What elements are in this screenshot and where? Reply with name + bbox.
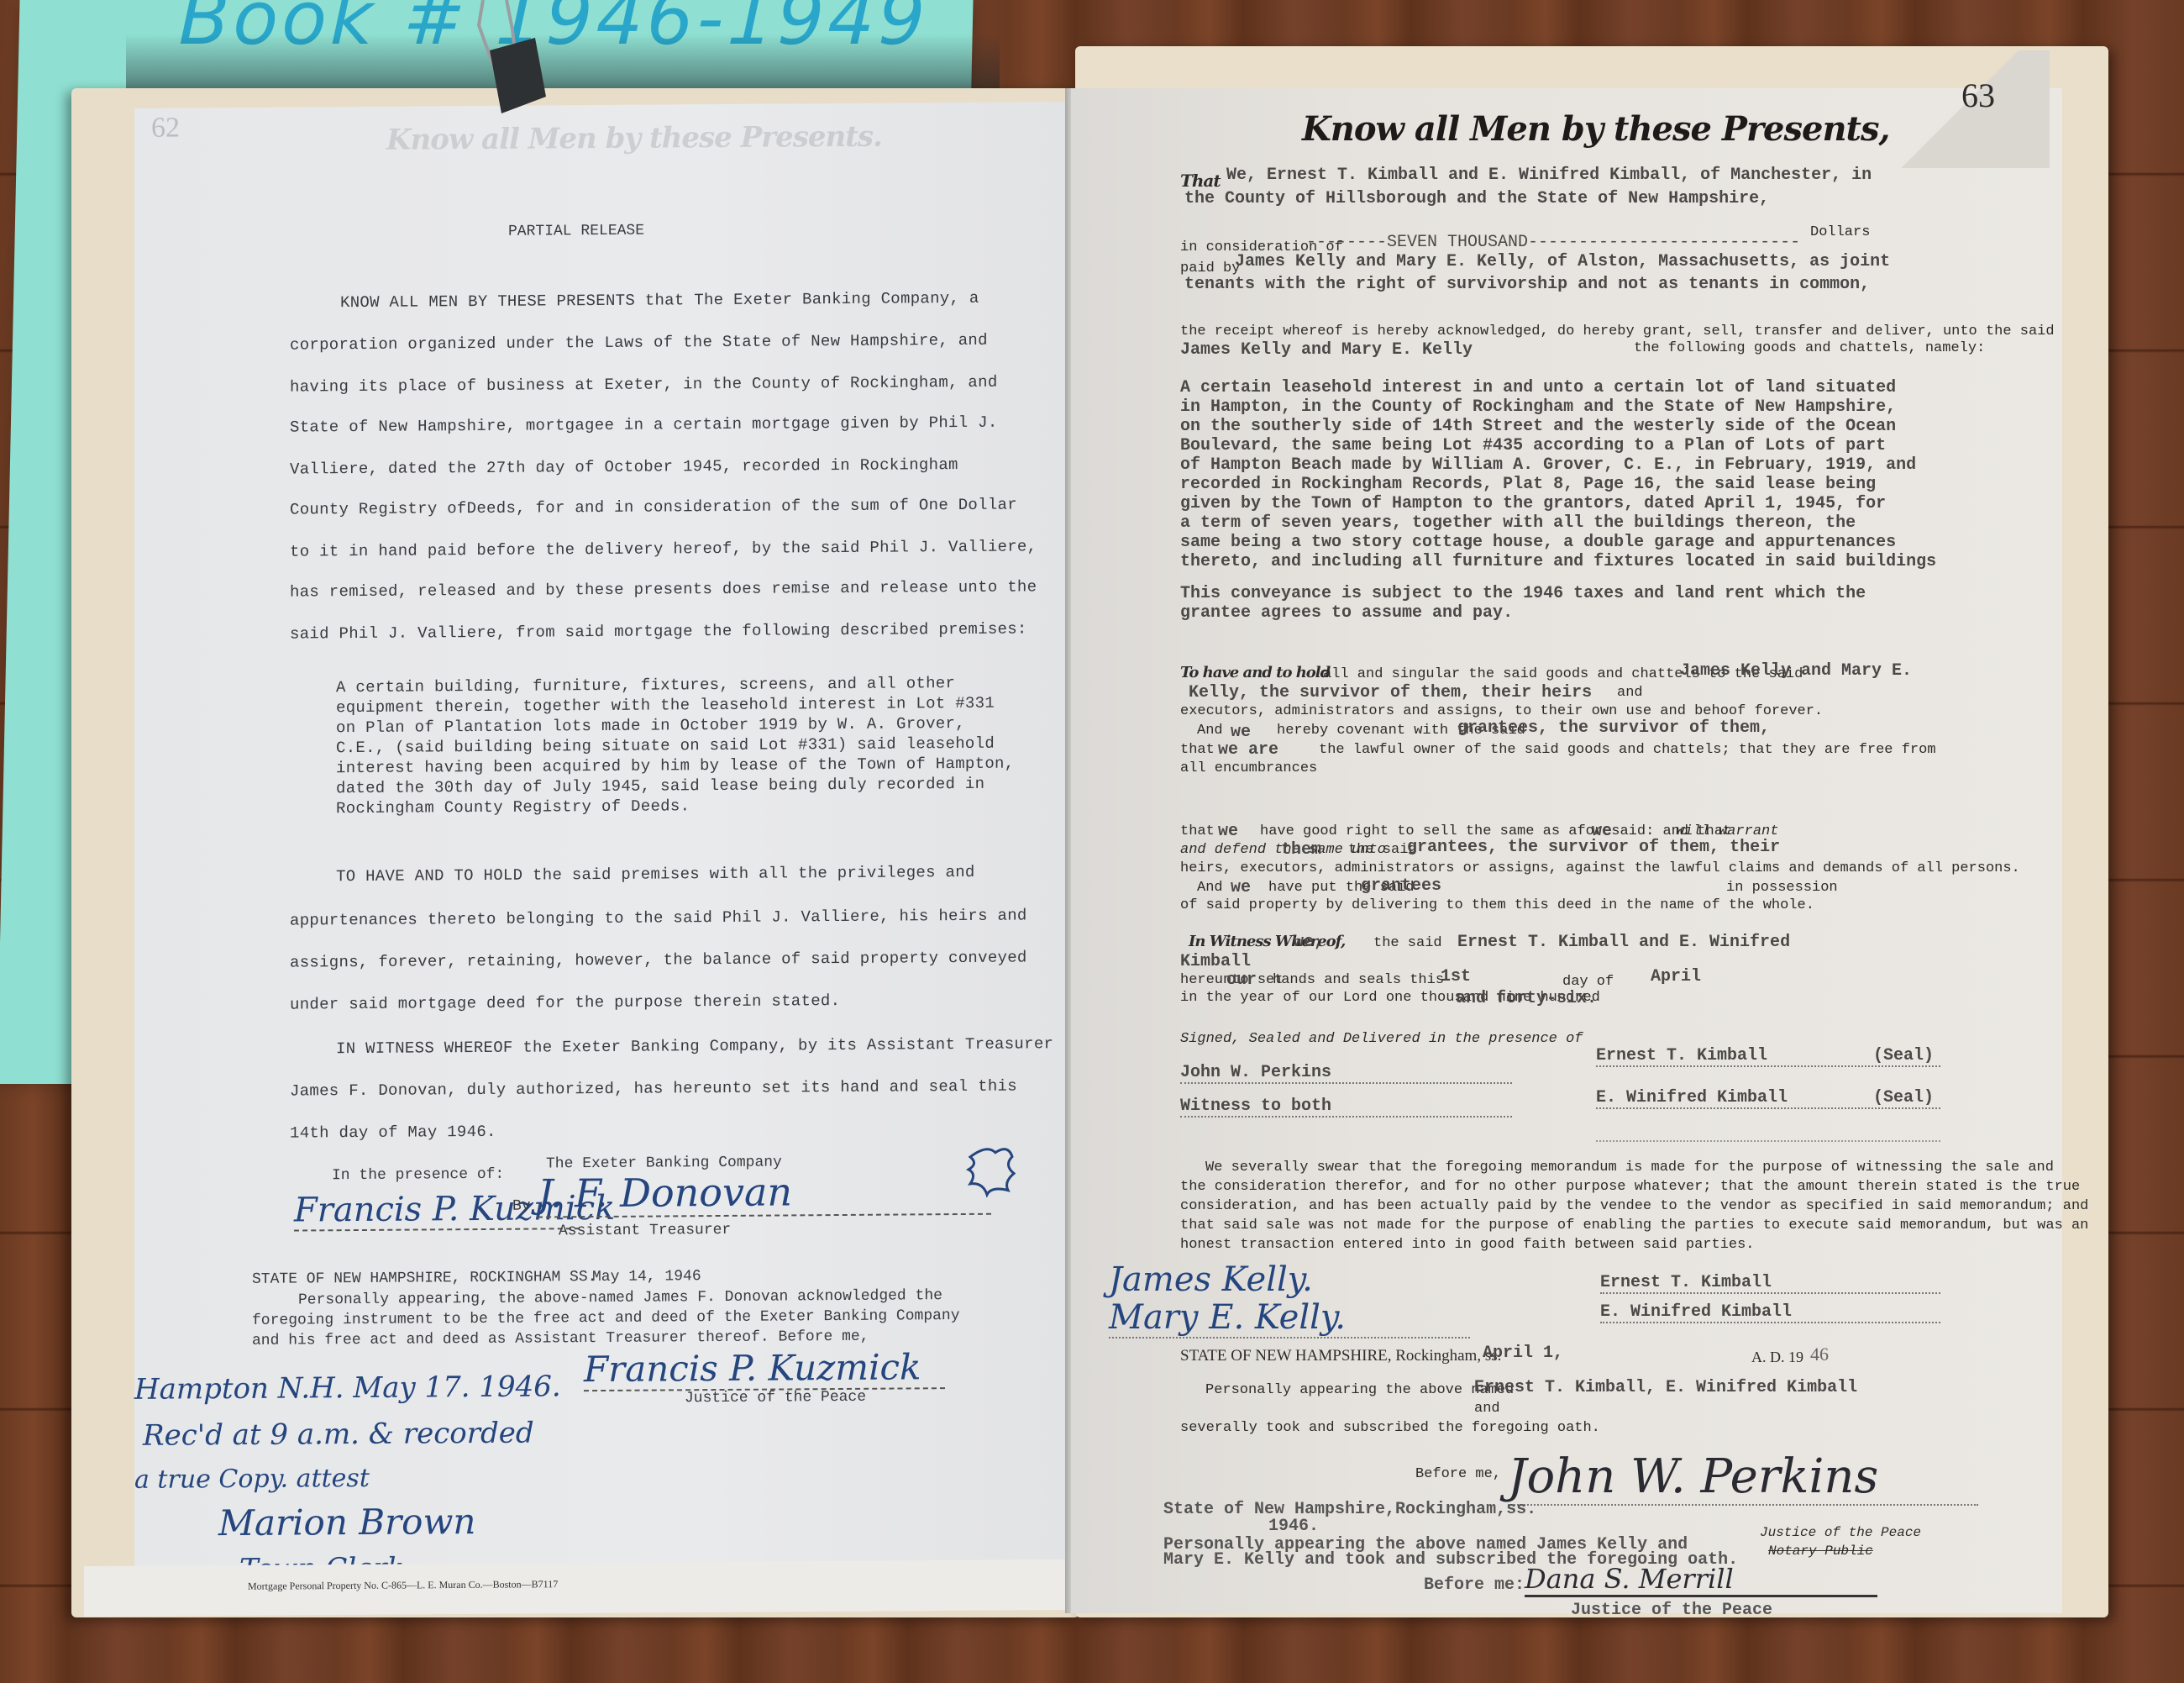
tab-shadow [126,34,1000,92]
handwritten-note: Hampton N.H. May 17. 1946. [134,1370,561,1407]
right-page-number: 63 [1961,76,1995,115]
ghost-header: Know all Men by these Presents. [386,120,882,157]
body-line: Valliere, dated the 27th day of October … [290,455,958,479]
ack-year: 46 [1810,1344,1829,1365]
oath-line: the consideration therefor, and for no o… [1180,1179,2080,1195]
second-ack-line: State of New Hampshire,Rockingham,ss. [1163,1500,1536,1519]
second-before-me: Before me: [1424,1575,1525,1595]
presence-label: In the presence of: [332,1166,504,1184]
ack-header: STATE OF NEW HAMPSHIRE, ROCKINGHAM SS. [252,1269,596,1288]
justice-signature: Francis P. Kuzmick [584,1346,945,1391]
delivering-line: of said property by delivering to them t… [1180,897,1814,913]
description-line: given by the Town of Hampton to the gran… [1180,494,1886,513]
hereunto-our: our [1226,970,1257,990]
witness-we: we, [1294,933,1324,952]
notary-struck: Notary Public [1768,1544,1873,1559]
ack-state: STATE OF NEW HAMPSHIRE, Rockingham, ss. [1180,1347,1501,1365]
day-value: 1st [1441,967,1471,986]
jp-title: Justice of the Peace [1760,1525,1921,1540]
second-jp-signature: Dana S. Merrill [1525,1563,1877,1597]
ack-ad: A. D. 19 [1751,1349,1803,1366]
signer-name: Ernest T. Kimball [1596,1046,1767,1065]
grantors-line: We, Ernest T. Kimball and E. Winifred Ki… [1226,166,1872,185]
witness-names: Kimball [1180,952,1251,971]
and-label: and [1617,685,1643,701]
lawful-owner-text: the lawful owner of the said goods and c… [1319,742,1936,758]
ack-took: severally took and subscribed the forego… [1180,1420,1600,1436]
covenant-we: we [1231,723,1251,742]
possession-we: we [1231,878,1251,897]
seal-label: (Seal) [1873,1088,1934,1107]
possession-fill: grantees [1361,876,1441,896]
description-line: in Hampton, in the County of Rockingham … [1180,397,1896,417]
premises-line: A certain building, furniture, fixtures,… [336,674,955,697]
body-line: having its place of business at Exeter, … [290,373,998,397]
habendum-label: To have and to hold [1180,664,1330,681]
oath-signer: Ernest T. Kimball [1600,1273,1940,1294]
form-footer-strip: Mortgage Personal Property No. C-865—L. … [84,1559,1067,1617]
oath-line: consideration, and has been actually pai… [1180,1198,2088,1214]
that-label: that [1180,742,1215,758]
paid-by-line: James Kelly and Mary E. Kelly, of Alston… [1235,252,1890,271]
premises-line: Rockingham County Registry of Deeds. [336,797,690,818]
treasurer-signature: J. F. Donovan [538,1168,991,1218]
goods-label: the following goods and chattels, namely… [1634,340,1985,356]
premises-line: C.E., (said building being situate on sa… [336,734,995,757]
ack-date: April 1, [1483,1344,1563,1363]
description-line: same being a two story cottage house, a … [1180,533,1896,552]
body-line: State of New Hampshire, mortgagee in a c… [290,413,998,437]
witness-signer: John W. Perkins [1180,1063,1512,1084]
binder-clip-icon [466,0,559,118]
grantee-signature: Mary E. Kelly. [1109,1298,1470,1339]
hands-label: hands and seals this [1273,972,1444,988]
habendum-line: under said mortgage deed for the purpose… [290,991,840,1014]
that-label: that [1180,823,1215,839]
handwritten-note: a true Copy. attest [134,1464,370,1495]
treasurer-title: Assistant Treasurer [559,1222,731,1239]
encumbrances-label: all encumbrances [1180,760,1317,776]
premises-line: equipment therein, together with the lea… [336,694,995,717]
defend-fill: grantees, the survivor of them, their [1407,838,1780,857]
witness-line: IN WITNESS WHEREOF the Exeter Banking Co… [336,1034,1053,1058]
description-line: Boulevard, the same being Lot #435 accor… [1180,436,1886,455]
signer-line-2: E. Winifred Kimball (Seal) [1596,1088,1940,1109]
defend-them: them [1281,840,1321,860]
heirs-line: heirs, executors, administrators or assi… [1180,860,2020,876]
before-me: Before me, [1415,1466,1501,1482]
witness-signature: Francis P. Kuzmick [294,1189,580,1231]
premises-line: interest having been acquired by him by … [336,755,1014,778]
document-title: PARTIAL RELEASE [508,223,644,240]
oath-line: honest transaction entered into in good … [1180,1237,1755,1253]
subject-line: This conveyance is subject to the 1946 t… [1180,584,1866,603]
habendum-line: assigns, forever, retaining, however, th… [290,948,1027,971]
witness-names: Ernest T. Kimball and E. Winifred [1457,933,1790,952]
form-footer: Mortgage Personal Property No. C-865—L. … [248,1578,558,1593]
left-page-number: 62 [151,112,180,144]
signer-name: E. Winifred Kimball [1596,1088,1788,1107]
second-jp-title: Justice of the Peace [1571,1601,1772,1620]
habendum-line: TO HAVE AND TO HOLD the said premises wi… [336,863,975,886]
ack-appearing: Personally appearing the above named [1205,1382,1514,1398]
good-right-we: we [1218,822,1238,841]
description-line: thereto, and including all furniture and… [1180,552,1936,571]
oath-signer: E. Winifred Kimball [1600,1302,1940,1323]
description-line: on the southerly side of 14th Street and… [1180,417,1896,436]
ack-line: Personally appearing, the above-named Ja… [298,1287,942,1308]
possession-and: And [1197,880,1223,896]
deed-header: Know all Men by these Presents, [1302,109,1889,149]
right-page: Know all Men by these Presents, That We,… [1071,88,2062,1613]
body-line: corporation organized under the Laws of … [290,331,988,355]
grantors-line: the County of Hillsborough and the State… [1184,189,1769,208]
description-line: a term of seven years, together with all… [1180,513,1856,533]
grantee-signature: James Kelly. [1109,1260,1313,1299]
habendum-line: appurtenances thereto belonging to the s… [290,906,1027,929]
handwritten-note: Marion Brown [218,1501,475,1544]
paid-by-line: tenants with the right of survivorship a… [1184,275,1870,294]
left-page: 62 Know all Men by these Presents. PARTI… [134,102,1067,1579]
receipt-line: the receipt whereof is hereby acknowledg… [1180,323,2055,339]
body-line: has remised, released and by these prese… [290,577,1037,601]
year-value: and forty-six. [1456,989,1597,1008]
description-line: recorded in Rockingham Records, Plat 8, … [1180,475,1876,494]
body-line: KNOW ALL MEN BY THESE PRESENTS that The … [340,289,979,312]
oath-line: that said sale was not made for the purp… [1180,1218,2088,1233]
corporate-seal-mark [962,1140,1021,1199]
body-line: said Phil J. Valliere, from said mortgag… [290,619,1027,643]
witness-said: the said [1373,935,1442,951]
habendum-fill: Kelly, the survivor of them, their heirs [1189,683,1592,702]
body-line: County Registry ofDeeds, for and in cons… [290,496,1017,519]
subject-line: grantee agrees to assume and pay. [1180,603,1513,623]
description-line: A certain leasehold interest in and unto… [1180,378,1896,397]
handwritten-note: Rec'd at 9 a.m. & recorded [143,1417,534,1453]
month-value: April [1651,967,1701,986]
second-ack-line: 1946. [1268,1517,1319,1536]
possession-label: in possession [1726,880,1838,896]
signer-line-3 [1596,1139,1940,1142]
ack-date: May 14, 1946 [592,1268,701,1286]
ack-line: and his free act and deed as Assistant T… [252,1328,869,1349]
we-are: we are [1218,740,1278,760]
ack-line: foregoing instrument to be the free act … [252,1307,960,1329]
premises-line: dated the 30th day of July 1945, said le… [336,775,984,797]
day-of-label: day of [1562,974,1614,990]
ack-and: and [1474,1401,1500,1417]
consideration-amount: --------SEVEN THOUSAND------------------… [1306,233,1800,252]
signer-line-1: Ernest T. Kimball (Seal) [1596,1046,1940,1067]
body-line: to it in hand paid before the delivery h… [290,537,1037,560]
executors-line: executors, administrators and assigns, t… [1180,703,1823,719]
premises-line: on Plan of Plantation lots made in Octob… [336,714,965,737]
description-line: of Hampton Beach made by William A. Grov… [1180,455,1916,475]
justice-title: Justice of the Peace [685,1389,866,1407]
covenant-and: And [1197,723,1223,739]
dollars-label: Dollars [1810,224,1870,240]
witness-both-label: Witness to both [1180,1097,1512,1118]
by-label: By [512,1198,531,1215]
grantees-name: James Kelly and Mary E. Kelly [1180,340,1473,360]
jp-signature: John W. Perkins [1508,1449,1978,1506]
covenant-fill: grantees, the survivor of them, [1457,718,1770,738]
oath-line: We severally swear that the foregoing me… [1205,1160,2054,1175]
seal-label: (Seal) [1873,1046,1934,1065]
witness-line: James F. Donovan, duly authorized, has h… [290,1077,1017,1101]
ack-names: Ernest T. Kimball, E. Winifred Kimball [1474,1378,1857,1397]
habendum-fill: James Kelly and Mary E. [1680,661,1912,681]
that-label: That [1180,171,1221,191]
witness-line: 14th day of May 1946. [290,1123,496,1143]
signed-label: Signed, Sealed and Delivered in the pres… [1180,1031,1583,1047]
